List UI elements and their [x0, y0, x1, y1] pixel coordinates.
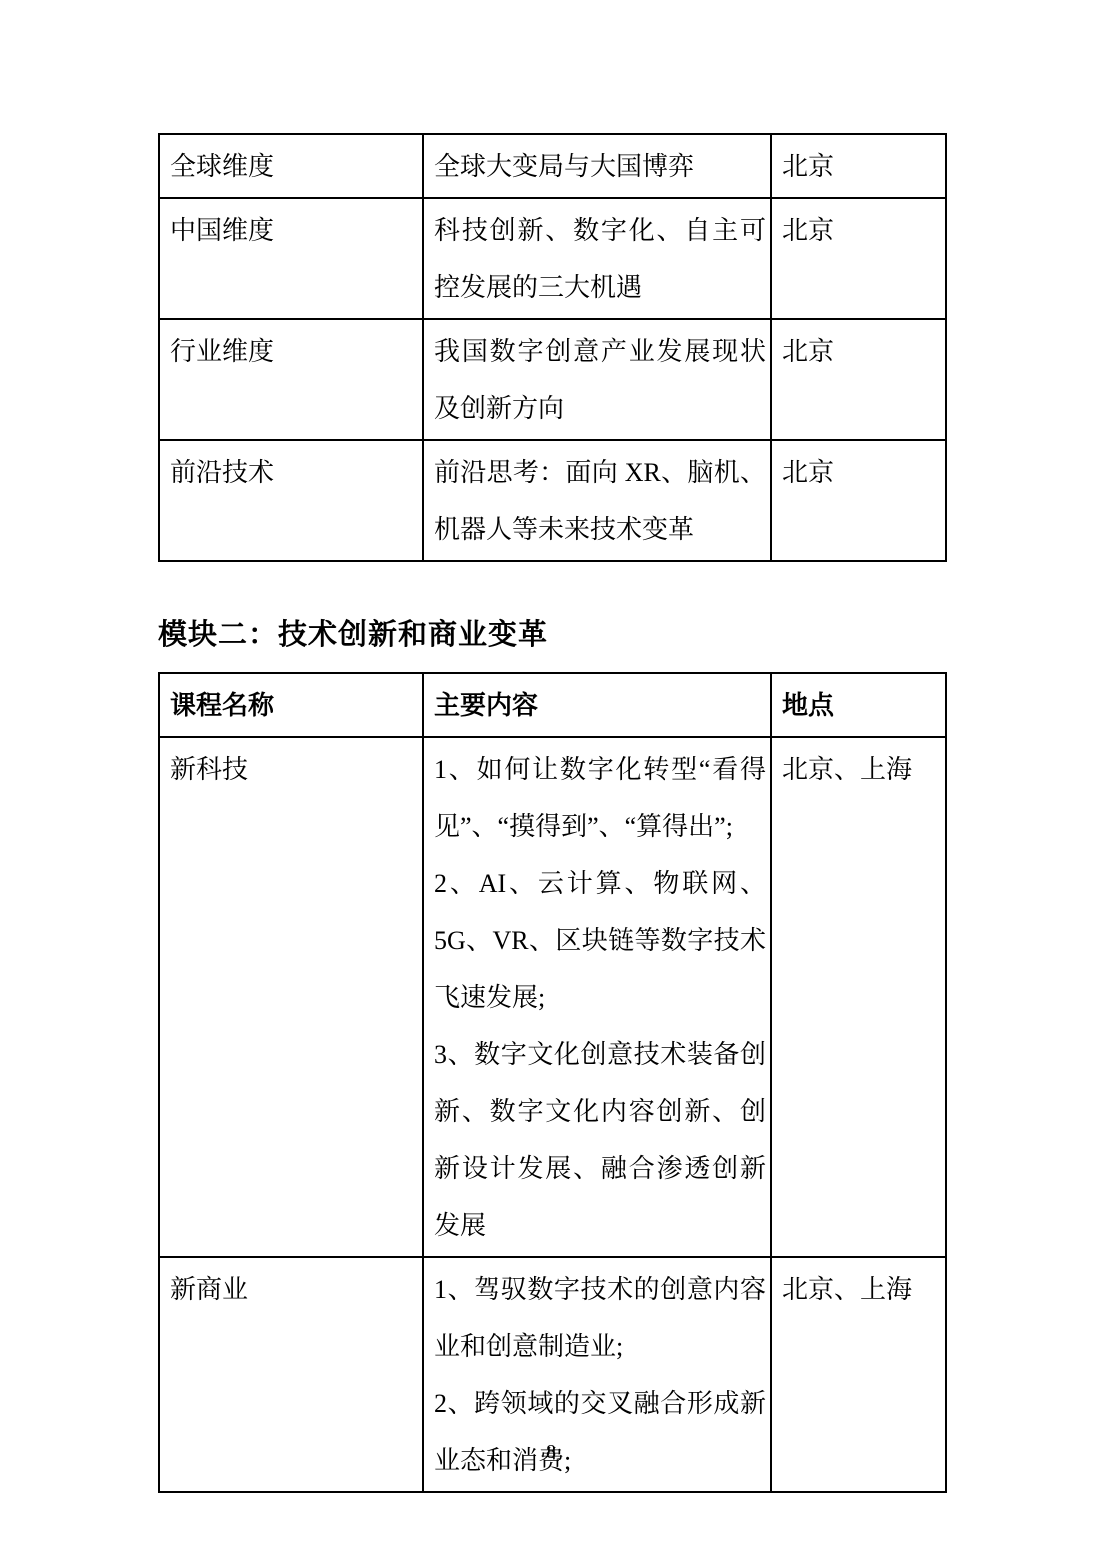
course-location: 北京	[782, 138, 941, 195]
course-location-cell: 北京、上海	[771, 737, 946, 1257]
section-heading-module2: 模块二：技术创新和商业变革	[158, 614, 945, 656]
course-location-cell: 北京	[771, 134, 946, 198]
course-name: 中国维度	[170, 202, 418, 259]
course-name-cell: 全球维度	[159, 134, 423, 198]
course-name: 前沿技术	[170, 444, 418, 501]
course-name: 新商业	[170, 1261, 418, 1318]
course-content: 我国数字创意产业发展现状及创新方向	[434, 323, 766, 437]
course-name: 全球维度	[170, 138, 418, 195]
course-content: 前沿思考：面向 XR、脑机、机器人等未来技术变革	[434, 444, 766, 558]
course-location-cell: 北京	[771, 440, 946, 561]
course-location: 北京、上海	[782, 1261, 941, 1318]
table-row: 全球维度 全球大变局与大国博弈 北京	[159, 134, 946, 198]
course-name: 行业维度	[170, 323, 418, 380]
course-name-cell: 新科技	[159, 737, 423, 1257]
course-location: 北京	[782, 444, 941, 501]
header-main-content: 主要内容	[423, 673, 771, 737]
content-item: 2、跨领域的交叉融合形成新业态和消费;	[434, 1375, 766, 1489]
header-course-name-label: 课程名称	[170, 677, 418, 734]
course-location: 北京	[782, 323, 941, 380]
course-name-cell: 前沿技术	[159, 440, 423, 561]
module2-course-table: 课程名称 主要内容 地点 新科技 1、如何让数字化转型“看得见”、“摸得到”、“…	[158, 672, 947, 1493]
course-content: 科技创新、数字化、自主可控发展的三大机遇	[434, 202, 766, 316]
module1-course-table: 全球维度 全球大变局与大国博弈 北京 中国维度 科技创新、数字化、自主可控发展的…	[158, 133, 947, 562]
header-location: 地点	[771, 673, 946, 737]
document-page: 全球维度 全球大变局与大国博弈 北京 中国维度 科技创新、数字化、自主可控发展的…	[0, 0, 1102, 1559]
course-location-cell: 北京	[771, 319, 946, 440]
course-content-cell: 科技创新、数字化、自主可控发展的三大机遇	[423, 198, 771, 319]
course-content-cell: 全球大变局与大国博弈	[423, 134, 771, 198]
course-content-cell: 我国数字创意产业发展现状及创新方向	[423, 319, 771, 440]
course-name: 新科技	[170, 741, 418, 798]
document-content: 全球维度 全球大变局与大国博弈 北京 中国维度 科技创新、数字化、自主可控发展的…	[158, 133, 945, 1493]
table-row: 行业维度 我国数字创意产业发展现状及创新方向 北京	[159, 319, 946, 440]
table-row: 前沿技术 前沿思考：面向 XR、脑机、机器人等未来技术变革 北京	[159, 440, 946, 561]
header-main-content-label: 主要内容	[434, 677, 766, 734]
course-content-cell: 1、如何让数字化转型“看得见”、“摸得到”、“算得出”; 2、AI、云计算、物联…	[423, 737, 771, 1257]
page-number: 8	[0, 1438, 1102, 1466]
table-row: 中国维度 科技创新、数字化、自主可控发展的三大机遇 北京	[159, 198, 946, 319]
table-header-row: 课程名称 主要内容 地点	[159, 673, 946, 737]
content-item: 1、如何让数字化转型“看得见”、“摸得到”、“算得出”;	[434, 741, 766, 855]
course-location-cell: 北京	[771, 198, 946, 319]
header-location-label: 地点	[782, 677, 941, 734]
course-content-cell: 前沿思考：面向 XR、脑机、机器人等未来技术变革	[423, 440, 771, 561]
course-name-cell: 行业维度	[159, 319, 423, 440]
course-location: 北京	[782, 202, 941, 259]
course-content: 全球大变局与大国博弈	[434, 138, 766, 195]
header-course-name: 课程名称	[159, 673, 423, 737]
content-item: 2、AI、云计算、物联网、5G、VR、区块链等数字技术飞速发展;	[434, 855, 766, 1026]
content-item: 3、数字文化创意技术装备创新、数字文化内容创新、创新设计发展、融合渗透创新发展	[434, 1026, 766, 1254]
course-name-cell: 中国维度	[159, 198, 423, 319]
table-row: 新科技 1、如何让数字化转型“看得见”、“摸得到”、“算得出”; 2、AI、云计…	[159, 737, 946, 1257]
course-location: 北京、上海	[782, 741, 941, 798]
content-item: 1、驾驭数字技术的创意内容业和创意制造业;	[434, 1261, 766, 1375]
